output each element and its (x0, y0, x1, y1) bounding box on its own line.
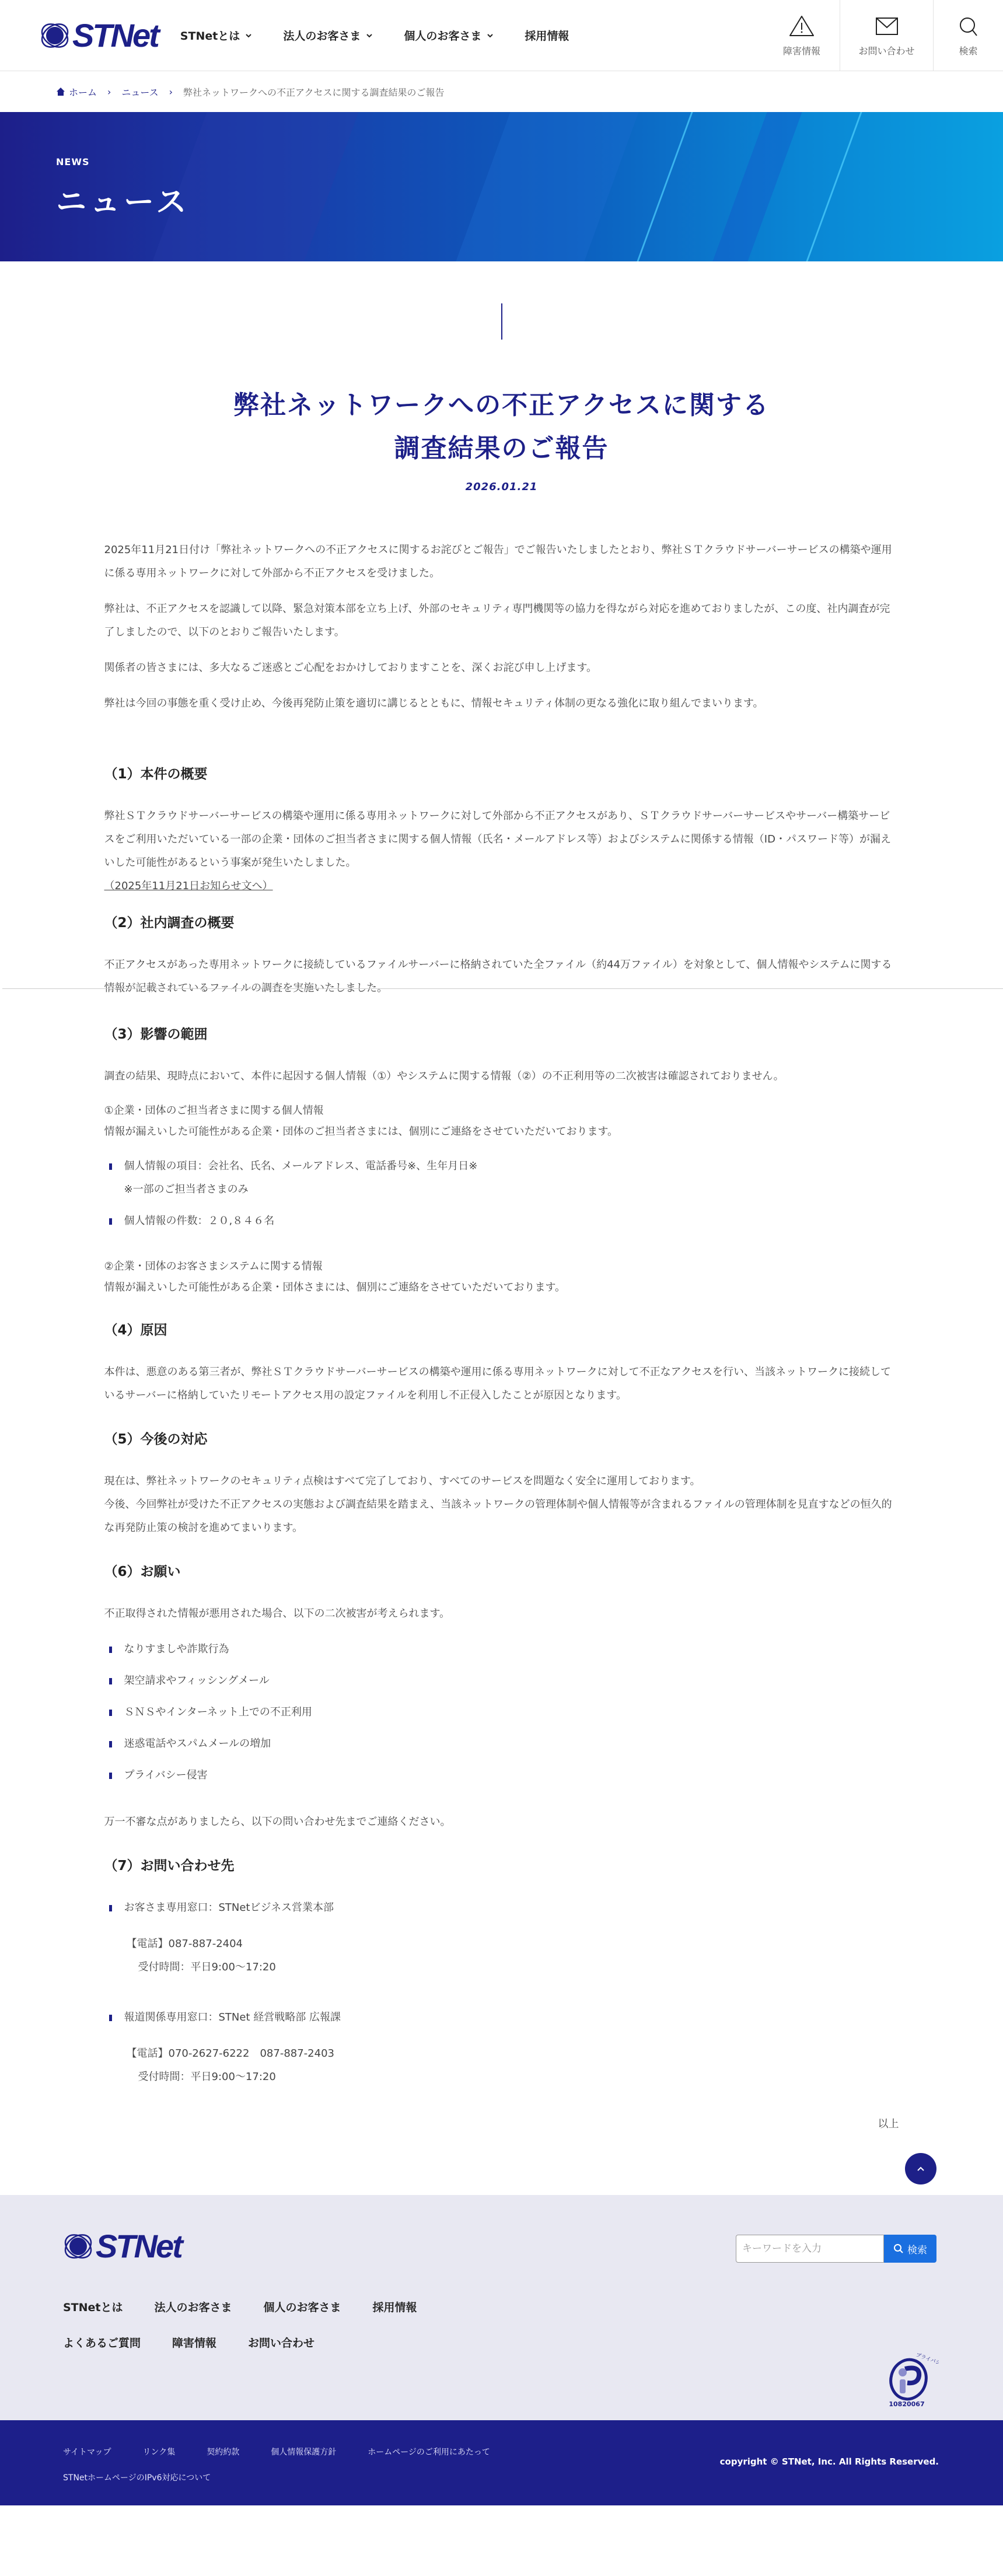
search-icon (893, 2243, 904, 2254)
logo-mark-icon (63, 2231, 93, 2262)
back-to-top-button[interactable] (905, 2153, 936, 2184)
article-title: 弊社ネットワークへの不正アクセスに関する 調査結果のご報告 (102, 384, 901, 470)
footer-link-faq[interactable]: よくあるご質問 (63, 2334, 141, 2350)
chevron-down-icon (246, 33, 251, 39)
hero-title: ニュース (56, 177, 190, 221)
list-item: プライバシー侵害 (104, 1764, 899, 1787)
contact-button[interactable]: お問い合わせ (840, 0, 933, 71)
scope-sub1-text: 情報が漏えいした可能性がある企業・団体のご担当者さまには、個別にご連絡をさせてい… (104, 1121, 899, 1142)
header-utility: 障害情報 お問い合わせ 検索 (764, 0, 1003, 71)
outage-info-button[interactable]: 障害情報 (764, 0, 840, 71)
footer-search-button[interactable]: 検索 (884, 2235, 936, 2263)
section-heading-cause: （4）原因 (104, 1319, 899, 1338)
article-body: 2025年11月21日付け「弊社ネットワークへの不正アクセスに関するお詫びとご報… (102, 539, 901, 2131)
breadcrumb-separator: › (169, 86, 173, 97)
footer-link-site-usage[interactable]: ホームページのご利用にあたって (368, 2446, 490, 2458)
contact-item: お客さま専用窓口：STNetビジネス営業本部 【電話】087-887-2404 … (104, 1896, 899, 1979)
privacy-mark-icon: 10820067 プライバシー (875, 2346, 939, 2410)
search-button[interactable]: 検索 (933, 0, 1003, 71)
previous-notice-link[interactable]: （2025年11月21日お知らせ文へ） (104, 875, 273, 898)
footer-link-ipv6[interactable]: STNetホームページのIPv6対応について (63, 2472, 211, 2483)
global-nav: STNetとは 法人のお客さま 個人のお客さま 採用情報 (180, 27, 601, 43)
personal-info-list: 個人情報の項目：会社名、氏名、メールアドレス、電話番号※、生年月日※ ※一部のご… (104, 1155, 899, 1233)
footer-link-links[interactable]: リンク集 (142, 2446, 175, 2458)
contact-hours: 受付時間：平日9:00～17:20 (124, 1956, 899, 1979)
overview-text: 弊社ＳＴクラウドサーバーサービスの構築や運用に係る専用ネットワークに対して外部か… (104, 805, 899, 875)
nav-item-recruit[interactable]: 採用情報 (525, 27, 569, 43)
section-heading-investigation: （2）社内調査の概要 (104, 912, 899, 931)
list-item-text: 個人情報の項目：会社名、氏名、メールアドレス、電話番号※、生年月日※ (124, 1160, 478, 1172)
news-article: 弊社ネットワークへの不正アクセスに関する 調査結果のご報告 2026.01.21… (102, 303, 901, 2131)
site-logo[interactable]: STNet (40, 18, 158, 53)
contact-hours: 受付時間：平日9:00～17:20 (124, 2065, 899, 2089)
scope-text: 調査の結果、現時点において、本件に起因する個人情報（①）やシステムに関する情報（… (104, 1065, 899, 1088)
article-end-mark: 以上 (104, 2116, 899, 2131)
chevron-up-icon (917, 2166, 925, 2172)
measures-text-1: 現在は、弊社ネットワークのセキュリティ点検はすべて完了しており、すべてのサービス… (104, 1470, 899, 1493)
breadcrumb-news[interactable]: ニュース (121, 85, 158, 99)
nav-item-business[interactable]: 法人のお客さま (283, 27, 372, 43)
footer-link-outage[interactable]: 障害情報 (172, 2334, 216, 2350)
scope-sub2-text: 情報が漏えいした可能性がある企業・団体さまには、個別にご連絡をさせていただいてお… (104, 1277, 899, 1298)
svg-text:プライバシー: プライバシー (915, 2351, 939, 2368)
nav-label: STNetとは (180, 27, 240, 43)
footer-bottom: サイトマップ リンク集 契約約款 個人情報保護方針 ホームページのご利用にあたっ… (0, 2420, 1003, 2505)
util-label: 障害情報 (783, 44, 820, 57)
privacy-mark[interactable]: 10820067 プライバシー (875, 2346, 939, 2410)
hero-decoration (436, 112, 649, 261)
util-label: お問い合わせ (858, 44, 914, 57)
footer-link-contact[interactable]: お問い合わせ (248, 2334, 314, 2350)
list-item: 迷惑電話やスパムメールの増加 (104, 1732, 899, 1756)
footer-logo[interactable]: STNet (63, 2230, 181, 2263)
request-closing: 万一不審な点がありましたら、以下の問い合わせ先までご連絡ください。 (104, 1810, 899, 1834)
title-line-2: 調査結果のご報告 (394, 434, 609, 463)
contact-item: 報道関係専用窓口：STNet 経営戦略部 広報課 【電話】070-2627-62… (104, 2006, 899, 2089)
section-heading-measures: （5）今後の対応 (104, 1428, 899, 1448)
breadcrumb: ホーム › ニュース › 弊社ネットワークへの不正アクセスに関する調査結果のご報… (0, 71, 1003, 112)
warning-icon (788, 15, 816, 38)
contact-tel: 【電話】087-887-2404 (124, 1932, 899, 1956)
section-heading-overview: （1）本件の概要 (104, 763, 899, 782)
list-item: 架空請求やフィッシングメール (104, 1669, 899, 1693)
breadcrumb-home[interactable]: ホーム (69, 85, 97, 99)
section-heading-contact: （7）お問い合わせ先 (104, 1855, 899, 1874)
measures-text-2: 今後、今回弊社が受けた不正アクセスの実態および調査結果を踏まえ、当該ネットワーク… (104, 1493, 899, 1540)
search-icon (955, 15, 983, 38)
nav-label: 個人のお客さま (404, 27, 481, 43)
contact-tel: 【電話】070-2627-6222 087-887-2403 (124, 2042, 899, 2065)
footer-link-about[interactable]: STNetとは (63, 2299, 123, 2315)
footer-link-business[interactable]: 法人のお客さま (155, 2299, 232, 2315)
logo-text: STNet (96, 2230, 181, 2263)
pagetop-area (0, 2131, 1003, 2195)
list-item-text: 個人情報の件数：２０,８４６名 (124, 1215, 275, 1227)
footer-search-form: 検索 (736, 2235, 936, 2263)
investigation-text: 不正アクセスがあった専用ネットワークに接続しているファイルサーバーに格納されてい… (104, 953, 899, 1000)
hero-label-en: NEWS (56, 156, 90, 167)
list-item: なりすましや詐欺行為 (104, 1638, 899, 1661)
util-label: 検索 (959, 44, 977, 57)
section-heading-scope: （3）影響の範囲 (104, 1023, 899, 1043)
site-header: STNet STNetとは 法人のお客さま 個人のお客さま 採用情報 障害情報 … (0, 0, 1003, 71)
breadcrumb-separator: › (107, 86, 111, 97)
contact-name: お客さま専用窓口：STNetビジネス営業本部 (124, 1902, 334, 1914)
article-date: 2026.01.21 (102, 481, 901, 493)
footer-link-sitemap[interactable]: サイトマップ (63, 2446, 111, 2458)
copyright: copyright © STNet, Inc. All Rights Reser… (720, 2456, 939, 2467)
footer-bottom-links: サイトマップ リンク集 契約約款 個人情報保護方針 ホームページのご利用にあたっ… (63, 2446, 522, 2497)
mail-icon (873, 15, 901, 38)
page-hero: NEWS ニュース (0, 112, 1003, 261)
logo-mark-icon (40, 20, 70, 51)
intro-paragraph: 弊社は、不正アクセスを認識して以降、緊急対策本部を立ち上げ、外部のセキュリティ専… (104, 597, 899, 644)
list-item: ＳＮＳやインターネット上での不正利用 (104, 1701, 899, 1724)
request-text: 不正取得された情報が悪用された場合、以下の二次被害が考えられます。 (104, 1602, 899, 1626)
nav-item-about[interactable]: STNetとは (180, 27, 252, 43)
intro-paragraph: 弊社は今回の事態を重く受け止め、今後再発防止策を適切に講じるとともに、情報セキュ… (104, 692, 899, 715)
hero-decoration (693, 112, 813, 261)
scope-sub2-title: ②企業・団体のお客さまシステムに関する情報 (104, 1256, 899, 1277)
intro-paragraph: 2025年11月21日付け「弊社ネットワークへの不正アクセスに関するお詫びとご報… (104, 539, 899, 585)
chevron-down-icon (487, 33, 493, 39)
site-footer: STNet 検索 STNetとは 法人のお客さま 個人のお客さま 採用情報 よく… (0, 2195, 1003, 2420)
horizontal-rule (2, 988, 1003, 989)
nav-label: 法人のお客さま (283, 27, 361, 43)
svg-text:10820067: 10820067 (889, 2400, 924, 2408)
breadcrumb-current: 弊社ネットワークへの不正アクセスに関する調査結果のご報告 (183, 85, 445, 99)
scope-sub1-title: ①企業・団体のご担当者さまに関する個人情報 (104, 1100, 899, 1121)
footer-search-input[interactable] (736, 2235, 884, 2263)
title-divider (501, 303, 502, 340)
footer-link-recruit[interactable]: 採用情報 (373, 2299, 417, 2315)
intro-paragraph: 関係者の皆さまには、多大なるご迷惑とご心配をおかけしておりますことを、深くお詫び… (104, 656, 899, 680)
title-line-1: 弊社ネットワークへの不正アクセスに関する (233, 390, 770, 420)
search-button-label: 検索 (907, 2242, 927, 2256)
nav-item-personal[interactable]: 個人のお客さま (404, 27, 493, 43)
list-item: 個人情報の項目：会社名、氏名、メールアドレス、電話番号※、生年月日※ ※一部のご… (104, 1155, 899, 1201)
hero-decoration (786, 112, 873, 261)
list-item: 個人情報の件数：２０,８４６名 (104, 1210, 899, 1233)
contact-list: お客さま専用窓口：STNetビジネス営業本部 【電話】087-887-2404 … (104, 1896, 899, 2089)
secondary-damage-list: なりすましや詐欺行為 架空請求やフィッシングメール ＳＮＳやインターネット上での… (104, 1638, 899, 1787)
footer-link-terms[interactable]: 契約約款 (207, 2446, 239, 2458)
footer-nav: STNetとは 法人のお客さま 個人のお客さま 採用情報 よくあるご質問 障害情… (63, 2299, 449, 2370)
chevron-down-icon (366, 33, 372, 39)
nav-label: 採用情報 (525, 27, 569, 43)
contact-name: 報道関係専用窓口：STNet 経営戦略部 広報課 (124, 2011, 341, 2023)
logo-text: STNet (72, 19, 158, 52)
home-icon (56, 87, 65, 96)
footer-link-privacy-policy[interactable]: 個人情報保護方針 (271, 2446, 336, 2458)
section-heading-request: （6）お願い (104, 1561, 899, 1580)
cause-text: 本件は、悪意のある第三者が、弊社ＳＴクラウドサーバーサービスの構築や運用に係る専… (104, 1361, 899, 1407)
footer-link-personal[interactable]: 個人のお客さま (264, 2299, 341, 2315)
list-item-note: ※一部のご担当者さまのみ (124, 1178, 899, 1201)
